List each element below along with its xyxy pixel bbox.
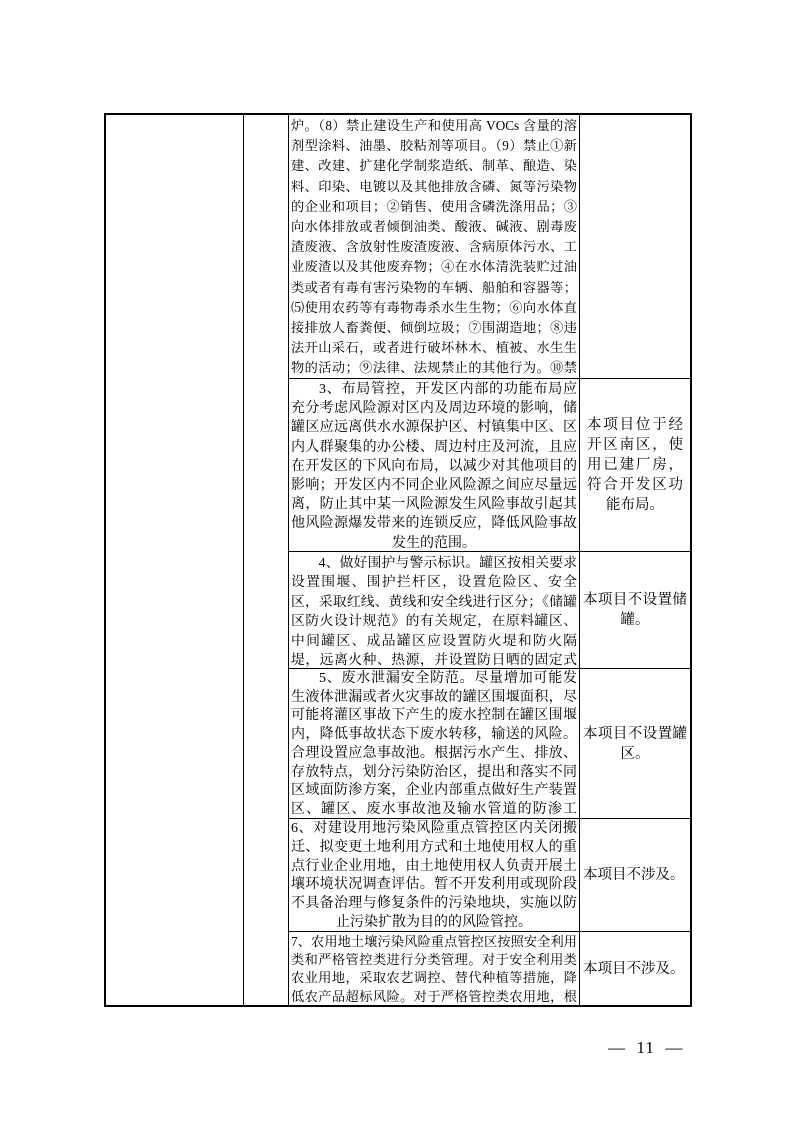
- table-row-note-6: 本项目不涉及。: [580, 932, 690, 1005]
- table-row-measure-5: 6、对建设用地污染风险重点管控区内关闭搬迁、拟变更土地利用方式和土地使用权人的重…: [289, 819, 580, 932]
- table-row-note-3: 本项目不设置储罐。: [580, 552, 690, 669]
- measure-text-construction-land: 6、对建设用地污染风险重点管控区内关闭搬迁、拟变更土地利用方式和土地使用权人的重…: [291, 820, 577, 932]
- table-row-measure-3: 4、做好围护与警示标识。罐区按相关要求设置围堰、围护拦杆区，设置危险区、安全区，…: [289, 552, 580, 669]
- table-row-note-2: 本项目位于经开区南区，使用已建厂房，符合开发区功能布局。: [580, 379, 690, 552]
- note-text-2: 本项目位于经开区南区，使用已建厂房，符合开发区功能布局。: [587, 415, 683, 515]
- table-row-measure-2: 3、布局管控，开发区内部的功能布局应充分考虑风险源对区内及周边环境的影响，储罐区…: [289, 379, 580, 552]
- measure-text-layout-control: 3、布局管控，开发区内部的功能布局应充分考虑风险源对区内及周边环境的影响，储罐区…: [291, 380, 577, 552]
- table-row-note-5: 本项目不涉及。: [580, 819, 690, 932]
- document-page: 炉。（8）禁止建设生产和使用高 VOCs 含量的溶剂型涂料、油墨、胶粘剂等项目。…: [0, 0, 793, 1122]
- note-text-6: 本项目不涉及。: [583, 959, 687, 979]
- table-left-spanning-cell: [106, 115, 244, 1005]
- table-row-note-4: 本项目不设置罐区。: [580, 669, 690, 819]
- table-row-measure-1: 炉。（8）禁止建设生产和使用高 VOCs 含量的溶剂型涂料、油墨、胶粘剂等项目。…: [289, 115, 580, 379]
- measure-text-agricultural-land: 7、农用地土壤污染风险重点管控区按照安全利用类和严格管控类进行分类管理。对于安全…: [291, 933, 577, 1005]
- note-text-5: 本项目不涉及。: [583, 865, 687, 885]
- environmental-measures-table: 炉。（8）禁止建设生产和使用高 VOCs 含量的溶剂型涂料、油墨、胶粘剂等项目。…: [104, 113, 692, 1007]
- page-number: — 11 —: [608, 1038, 683, 1058]
- measure-text-prohibitions: 炉。（8）禁止建设生产和使用高 VOCs 含量的溶剂型涂料、油墨、胶粘剂等项目。…: [291, 116, 577, 379]
- table-row-note-1: [580, 115, 690, 379]
- measure-text-enclosure-warning: 4、做好围护与警示标识。罐区按相关要求设置围堰、围护拦杆区，设置危险区、安全区，…: [291, 553, 577, 669]
- measure-text-wastewater-leak: 5、废水泄漏安全防范。尽量增加可能发生液体泄漏或者火灾事故的罐区围堰面积，尽可能…: [291, 670, 577, 819]
- note-text-3: 本项目不设置储罐。: [583, 590, 687, 630]
- note-text-4: 本项目不设置罐区。: [583, 724, 687, 764]
- table-narrow-spanning-cell: [244, 115, 289, 1005]
- table-row-measure-4: 5、废水泄漏安全防范。尽量增加可能发生液体泄漏或者火灾事故的罐区围堰面积，尽可能…: [289, 669, 580, 819]
- table-row-measure-6: 7、农用地土壤污染风险重点管控区按照安全利用类和严格管控类进行分类管理。对于安全…: [289, 932, 580, 1005]
